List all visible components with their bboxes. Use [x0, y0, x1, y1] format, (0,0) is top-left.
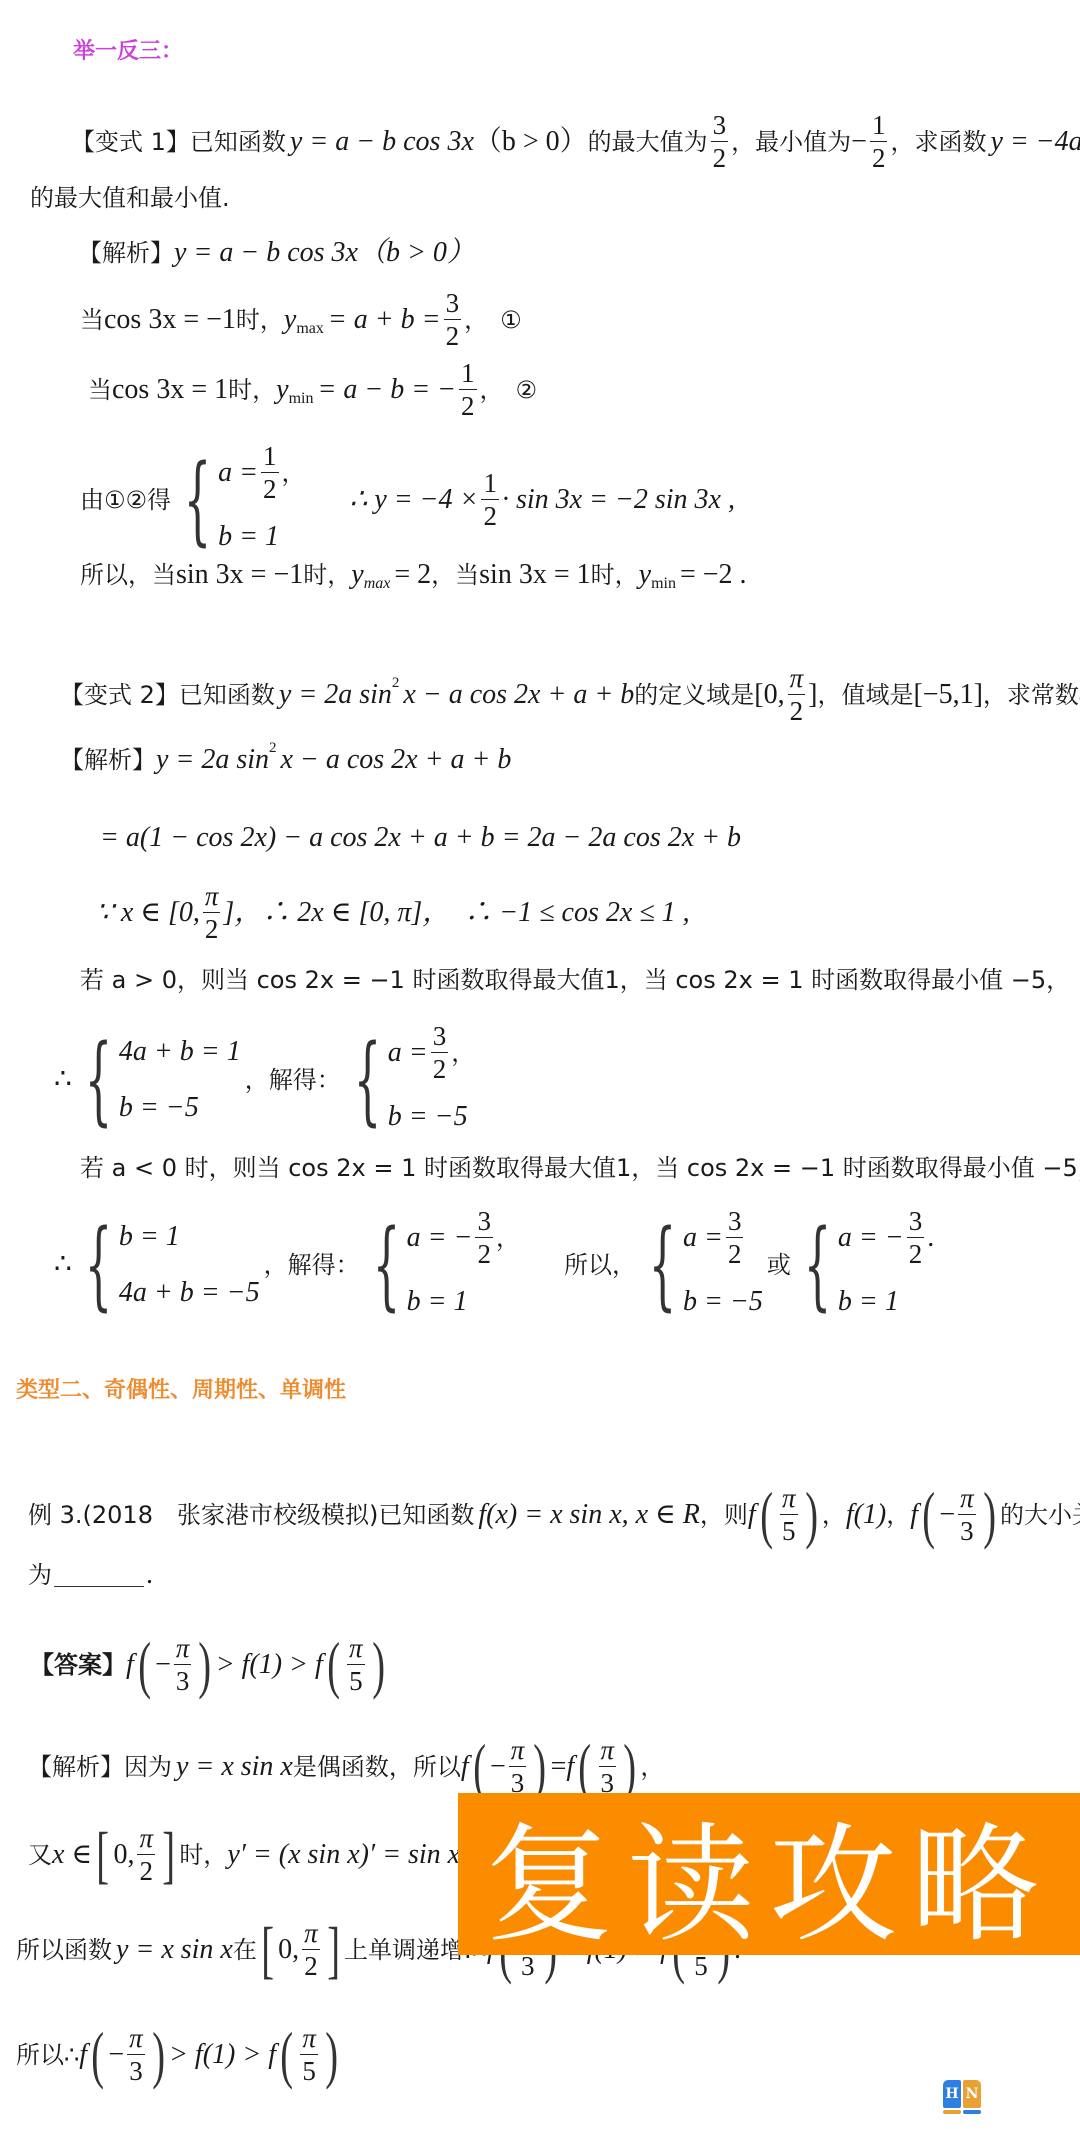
text: 当 — [80, 300, 104, 340]
banner-text: 复读攻略 — [485, 1782, 1053, 1966]
formula: y = a − b cos 3x（b > 0） — [174, 233, 475, 273]
formula: y = −4a sin 3bx — [990, 122, 1080, 162]
formula: = a − b = − — [317, 370, 456, 410]
variant2-case-positive: 若 a > 0，则当 cos 2x = −1 时函数取得最大值1，当 cos 2… — [80, 960, 1070, 1000]
example3-question: 例 3.(2018 张家港市校级模拟) 已知函数 f(x) = x sin x,… — [28, 1470, 1080, 1560]
formula: cos 3x = −1 — [104, 300, 236, 340]
variant2-case-negative: 若 a < 0 时，则当 cos 2x = 1 时函数取得最大值1，当 cos … — [80, 1148, 1080, 1188]
text: 时， — [228, 370, 276, 410]
answer-system-1: { a =32 b = −5 — [640, 1208, 763, 1322]
equation-system: { a = −32， b = 1 — [364, 1208, 520, 1322]
equation-tag: ， ① — [464, 300, 522, 340]
variant2-positive-system: ∴ { 4a + b = 1 b = −5 ，解得： { a =32， b = … — [54, 1025, 479, 1135]
variant1-solution-line1: 【解析】 y = a − b cos 3x（b > 0） — [78, 233, 475, 273]
variant1-question-line1: 【变式 1】 已知函数 y = a − b cos 3x （b > 0） 的最大… — [71, 112, 1080, 172]
formula: cos 3x = 1 — [112, 370, 228, 410]
sign: − — [851, 122, 867, 162]
variant1-conclusion: 所以，当 sin 3x = −1 时， ymax = 2 ，当 sin 3x =… — [80, 555, 747, 595]
equation-system: { a =32， b = −5 — [345, 1023, 475, 1137]
example3-monotonic-step: 又 x ∈ [0,π2] 时， y′ = (x sin x)′ = sin x … — [28, 1810, 525, 1900]
example3-question-line2: 为 . — [28, 1555, 153, 1595]
variant1-case2: 当 cos 3x = 1 时， ymin = a − b = − 12 ， ② — [88, 360, 537, 420]
condition: （b > 0） — [474, 122, 588, 162]
text: 当 — [88, 370, 112, 410]
variant2-negative-system: ∴ { b = 1 4a + b = −5 ，解得： { a = −32， b … — [54, 1200, 938, 1330]
example3-answer: 【答案】 f(−π3) > f(1) > f (π5) — [30, 1620, 389, 1710]
section-heading-practice: 举一反三： — [73, 34, 183, 65]
formula: y — [284, 300, 296, 340]
fraction: 32 — [444, 290, 462, 350]
answer-blank — [54, 1564, 144, 1587]
answer-label: 【答案】 — [30, 1645, 126, 1685]
variant2-solution-line1: 【解析】 y = 2a sin2 x − a cos 2x + a + b — [60, 740, 511, 780]
formula: = a + b = — [328, 300, 441, 340]
variant1-derivation: 由①②得 { a =12， b = 1 ∴ y = −4 × 12 · sin … — [80, 440, 735, 560]
solution-label: 【解析】 — [78, 233, 174, 273]
variant2-expansion: = a(1 − cos 2x) − a cos 2x + a + b = 2a … — [100, 818, 741, 858]
fraction: 12 — [481, 470, 499, 530]
text: ，求函数 — [890, 122, 986, 162]
answer-system-2: { a = −32. b = 1 — [795, 1208, 934, 1322]
subscript: max — [296, 309, 324, 349]
formula: y — [276, 370, 288, 410]
section-heading-type2: 类型二、奇偶性、周期性、单调性 — [16, 1373, 346, 1404]
formula: · sin 3x = −2 sin 3x , — [502, 480, 735, 520]
equation-system: { b = 1 4a + b = −5 — [76, 1217, 260, 1313]
text: 的最大值为 — [588, 122, 708, 162]
logo-right-letter: N — [963, 2080, 981, 2108]
variant-label: 【变式 1】 — [71, 122, 190, 162]
equation-system: { 4a + b = 1 b = −5 — [76, 1032, 241, 1128]
logo-left-letter: H — [943, 2080, 961, 2108]
subscript: min — [289, 379, 314, 419]
text: ，最小值为 — [731, 122, 851, 162]
text: 由①②得 — [80, 480, 171, 520]
formula: y = a − b cos 3x — [290, 122, 474, 162]
hn-logo-icon: H N — [943, 2080, 981, 2116]
example3-final: 所以∴ f(−π3) > f(1) > f (π5) — [16, 2010, 342, 2100]
variant1-question-line2: 的最大值和最小值. — [30, 178, 230, 218]
fraction: 12 — [870, 112, 888, 172]
variant2-domain-step: ∵ x ∈ [0, π2 ]，∴ 2x ∈ [0, π]， ∴ −1 ≤ cos… — [96, 878, 690, 948]
text: 时， — [236, 300, 284, 340]
fraction: 32 — [711, 112, 729, 172]
variant1-case1: 当 cos 3x = −1 时， ymax = a + b = 32 ， ① — [80, 290, 522, 350]
text: 的最大值和最小值. — [30, 178, 230, 218]
equation-tag: ， ② — [480, 370, 538, 410]
variant2-question: 【变式 2】 已知函数 y = 2a sin2 x − a cos 2x + a… — [60, 665, 1080, 725]
example-label: 例 3.(2018 张家港市校级模拟) — [28, 1495, 378, 1535]
variant-label: 【变式 2】 — [60, 675, 179, 715]
overlay-banner: 复读攻略 — [458, 1793, 1080, 1955]
fraction: 12 — [459, 360, 477, 420]
left-brace: { — [184, 443, 211, 557]
equation-system: { a =12， b = 1 — [175, 443, 305, 557]
text: 已知函数 — [190, 122, 286, 162]
formula: ∴ y = −4 × — [350, 480, 479, 520]
